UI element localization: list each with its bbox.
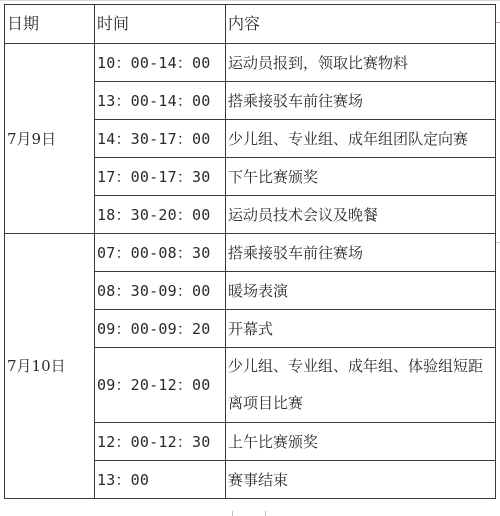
table-row: 7月10日 07：00-08：30 搭乘接驳车前往赛场 <box>5 234 496 272</box>
content-cell: 下午比赛颁奖 <box>226 158 496 196</box>
time-cell: 08：30-09：00 <box>95 272 226 310</box>
content-cell: 搭乘接驳车前往赛场 <box>226 82 496 120</box>
content-cell: 运动员技术会议及晚餐 <box>226 196 496 234</box>
date-cell-day1: 7月9日 <box>5 44 95 234</box>
time-cell: 14：30-17：00 <box>95 120 226 158</box>
margin-mark <box>496 22 500 23</box>
table-row: 7月9日 10：00-14：00 运动员报到，领取比赛物料 <box>5 44 496 82</box>
header-row: 日期 时间 内容 <box>5 5 496 44</box>
header-content: 内容 <box>226 5 496 44</box>
header-date: 日期 <box>5 5 95 44</box>
date-cell-day2: 7月10日 <box>5 234 95 499</box>
content-cell: 赛事结束 <box>226 461 496 499</box>
content-cell: 上午比赛颁奖 <box>226 423 496 461</box>
time-cell: 07：00-08：30 <box>95 234 226 272</box>
content-cell: 少儿组、专业组、成年组团队定向赛 <box>226 120 496 158</box>
time-cell: 13：00 <box>95 461 226 499</box>
time-cell: 12：00-12：30 <box>95 423 226 461</box>
time-cell: 18：30-20：00 <box>95 196 226 234</box>
time-cell: 09：20-12：00 <box>95 348 226 423</box>
page-edge-fragment <box>232 511 266 516</box>
time-cell: 10：00-14：00 <box>95 44 226 82</box>
header-time: 时间 <box>95 5 226 44</box>
time-cell: 09：00-09：20 <box>95 310 226 348</box>
content-cell: 少儿组、专业组、成年组、体验组短距离项目比赛 <box>226 348 496 423</box>
content-cell: 运动员报到，领取比赛物料 <box>226 44 496 82</box>
content-cell: 暖场表演 <box>226 272 496 310</box>
content-cell: 开幕式 <box>226 310 496 348</box>
time-cell: 17：00-17：30 <box>95 158 226 196</box>
margin-mark <box>496 242 500 243</box>
time-cell: 13：00-14：00 <box>95 82 226 120</box>
content-cell: 搭乘接驳车前往赛场 <box>226 234 496 272</box>
event-schedule-table: 日期 时间 内容 7月9日 10：00-14：00 运动员报到，领取比赛物料 1… <box>4 4 496 499</box>
page-top-edge <box>0 0 500 1</box>
